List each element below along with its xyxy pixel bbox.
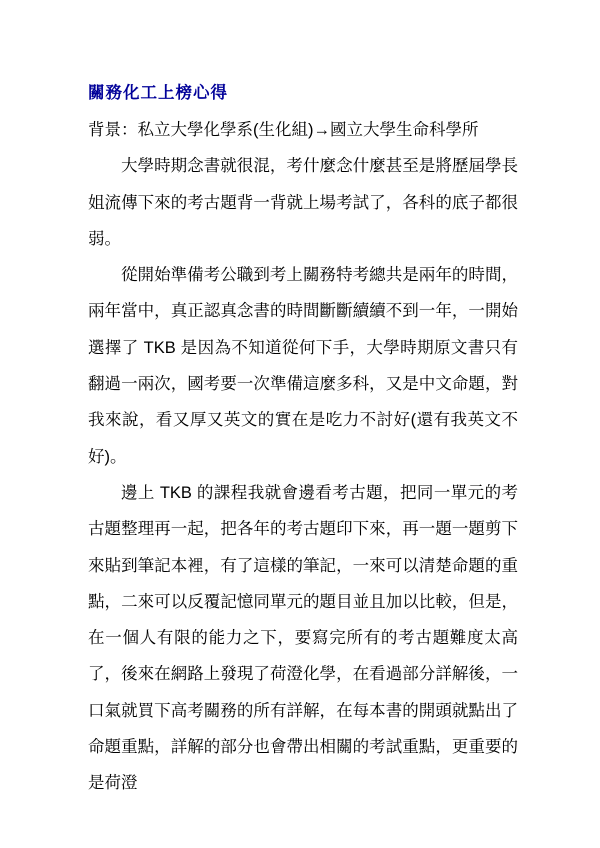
paragraph-2: 從開始準備考公職到考上關務特考總共是兩年的時間，兩年當中，真正認真念書的時間斷斷… xyxy=(88,257,518,475)
paragraph-1: 大學時期念書就很混，考什麼念什麼甚至是將歷屆學長姐流傳下來的考古題背一背就上場考… xyxy=(88,148,518,257)
background-line: 背景：私立大學化學系(生化組)→國立大學生命科學所 xyxy=(88,112,518,148)
document-page: 關務化工上榜心得 背景：私立大學化學系(生化組)→國立大學生命科學所 大學時期念… xyxy=(0,0,600,848)
paragraph-3: 邊上 TKB 的課程我就會邊看考古題，把同一單元的考古題整理再一起，把各年的考古… xyxy=(88,475,518,802)
document-title: 關務化工上榜心得 xyxy=(88,75,518,112)
